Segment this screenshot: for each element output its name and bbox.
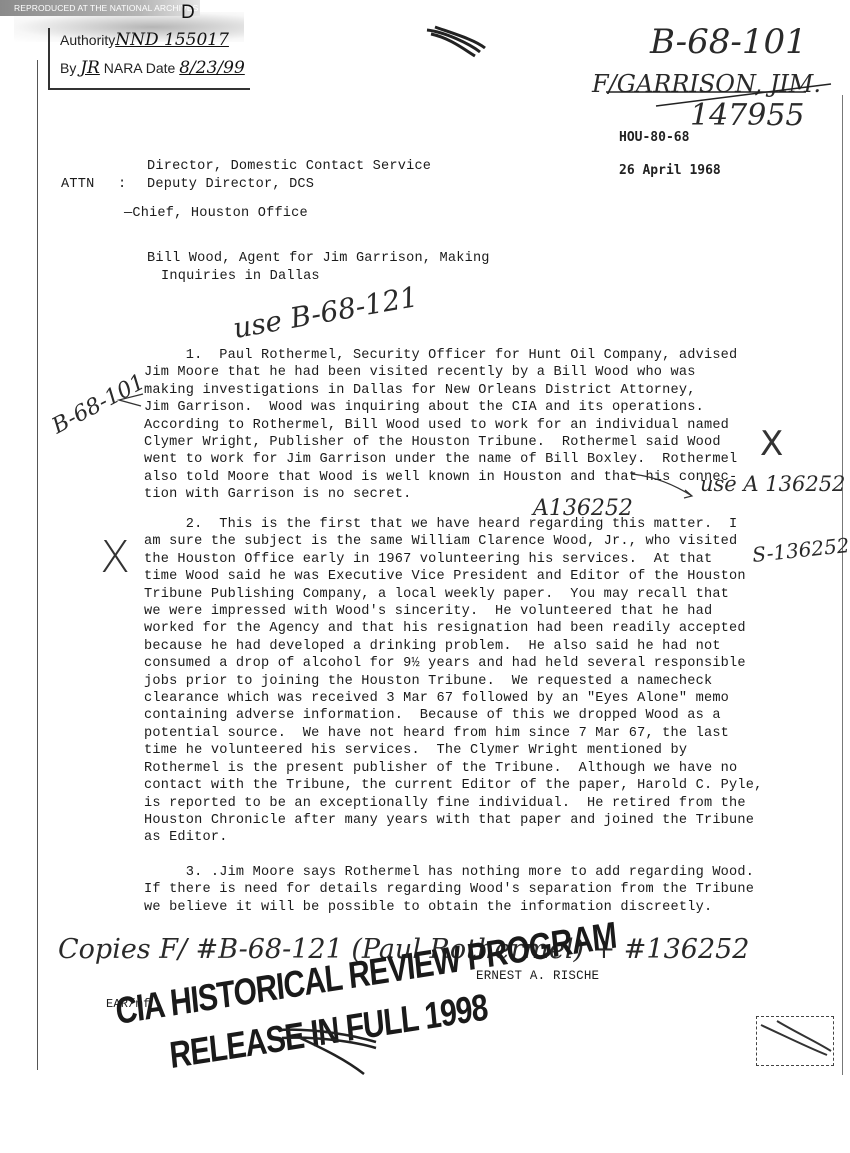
paragraph-line: Tribune Publishing Company, a local week… bbox=[144, 586, 784, 603]
arrow-left-icon bbox=[115, 390, 145, 410]
paragraph-line: containing adverse information. Because … bbox=[144, 707, 784, 724]
paragraph-line: the Houston Office early in 1967 volunte… bbox=[144, 551, 784, 568]
paragraph-line: we believe it will be possible to obtain… bbox=[144, 899, 784, 916]
x-mark-icon: X bbox=[760, 424, 783, 464]
scribble-mark-icon bbox=[425, 22, 495, 62]
memo-from: —Chief, Houston Office bbox=[124, 205, 308, 222]
handwritten-number: 147955 bbox=[690, 98, 805, 133]
memo-subject-line-1: Bill Wood, Agent for Jim Garrison, Makin… bbox=[147, 250, 490, 267]
archives-banner: REPRODUCED AT THE NATIONAL ARCHIVES bbox=[0, 0, 200, 16]
paragraph-line: time Wood said he was Executive Vice Pre… bbox=[144, 568, 784, 585]
paragraph-line: we were impressed with Wood's sincerity.… bbox=[144, 603, 784, 620]
paragraph-line: Jim Garrison. Wood was inquiring about t… bbox=[144, 399, 784, 416]
paragraph-line: am sure the subject is the same William … bbox=[144, 533, 784, 550]
by-value: JR bbox=[80, 58, 100, 78]
paragraph-line: Jim Moore that he had been visited recen… bbox=[144, 364, 784, 381]
authority-label: Authority bbox=[60, 32, 115, 48]
paragraph-line: Houston Chronicle after many years with … bbox=[144, 812, 784, 829]
paragraph-line: went to work for Jim Garrison under the … bbox=[144, 451, 784, 468]
paragraph-line: jobs prior to joining the Houston Tribun… bbox=[144, 673, 784, 690]
paragraph-line: 3. .Jim Moore says Rothermel has nothing… bbox=[144, 864, 784, 881]
archives-banner-text: REPRODUCED AT THE NATIONAL ARCHIVES bbox=[14, 3, 198, 13]
memo-from-text: Chief, Houston Office bbox=[132, 206, 308, 221]
by-line: By JR NARA Date 8/23/99 bbox=[60, 58, 245, 78]
paragraph-2: 2. This is the first that we have heard … bbox=[144, 516, 784, 847]
paragraph-line: 1. Paul Rothermel, Security Officer for … bbox=[144, 347, 784, 364]
paragraph-line: 2. This is the first that we have heard … bbox=[144, 516, 784, 533]
curved-arrow-icon bbox=[630, 470, 700, 500]
paragraph-line: making investigations in Dallas for New … bbox=[144, 382, 784, 399]
authority-line: AuthorityNND 155017 bbox=[60, 30, 229, 50]
paragraph-line: time he volunteered his services. The Cl… bbox=[144, 742, 784, 759]
paragraph-line: worked for the Agency and that his resig… bbox=[144, 620, 784, 637]
paragraph-line: Clymer Wright, Publisher of the Houston … bbox=[144, 434, 784, 451]
memo-reference: HOU-80-68 bbox=[619, 130, 689, 145]
archives-banner-suffix: D bbox=[181, 2, 195, 24]
paragraph-line: If there is need for details regarding W… bbox=[144, 881, 784, 898]
authority-value: NND 155017 bbox=[115, 30, 229, 50]
by-label: By bbox=[60, 60, 76, 76]
nara-date-label: NARA Date bbox=[104, 60, 176, 76]
paragraph-line: because he had developed a drinking prob… bbox=[144, 638, 784, 655]
memo-subject-line-2: Inquiries in Dallas bbox=[161, 268, 320, 285]
handwritten-use-a-ref: use A 136252 bbox=[700, 472, 845, 496]
attn-label: ATTN bbox=[61, 176, 94, 193]
paragraph-line: According to Rothermel, Bill Wood used t… bbox=[144, 417, 784, 434]
paragraph-line: is reported to be an exceptionally fine … bbox=[144, 795, 784, 812]
x-mark-icon: X bbox=[100, 532, 130, 583]
memo-attn: Deputy Director, DCS bbox=[147, 176, 314, 193]
paragraph-line: potential source. We have not heard from… bbox=[144, 725, 784, 742]
paragraph-line: as Editor. bbox=[144, 829, 784, 846]
memo-date: 26 April 1968 bbox=[619, 163, 721, 178]
routing-stamp-box bbox=[756, 1016, 834, 1066]
right-margin-rule bbox=[842, 95, 843, 1075]
scribble-mark-icon bbox=[757, 1017, 833, 1065]
paragraph-3: 3. .Jim Moore says Rothermel has nothing… bbox=[144, 864, 784, 916]
handwritten-file-number: B-68-101 bbox=[650, 22, 807, 62]
paragraph-line: clearance which was received 3 Mar 67 fo… bbox=[144, 690, 784, 707]
paragraph-line: consumed a drop of alcohol for 9½ years … bbox=[144, 655, 784, 672]
nara-authority-stamp: AuthorityNND 155017 By JR NARA Date 8/23… bbox=[48, 28, 250, 90]
memo-to: Director, Domestic Contact Service bbox=[147, 158, 431, 175]
paragraph-line: contact with the Tribune, the current Ed… bbox=[144, 777, 784, 794]
scribble-mark-icon bbox=[276, 1020, 396, 1080]
attn-separator: : bbox=[118, 176, 126, 193]
memo-page: REPRODUCED AT THE NATIONAL ARCHIVES D Au… bbox=[0, 0, 850, 1153]
left-margin-rule bbox=[37, 60, 38, 1070]
paragraph-line: Rothermel is the present publisher of th… bbox=[144, 760, 784, 777]
nara-date-value: 8/23/99 bbox=[179, 58, 245, 78]
handwritten-use-ref: use B-68-121 bbox=[231, 280, 421, 345]
